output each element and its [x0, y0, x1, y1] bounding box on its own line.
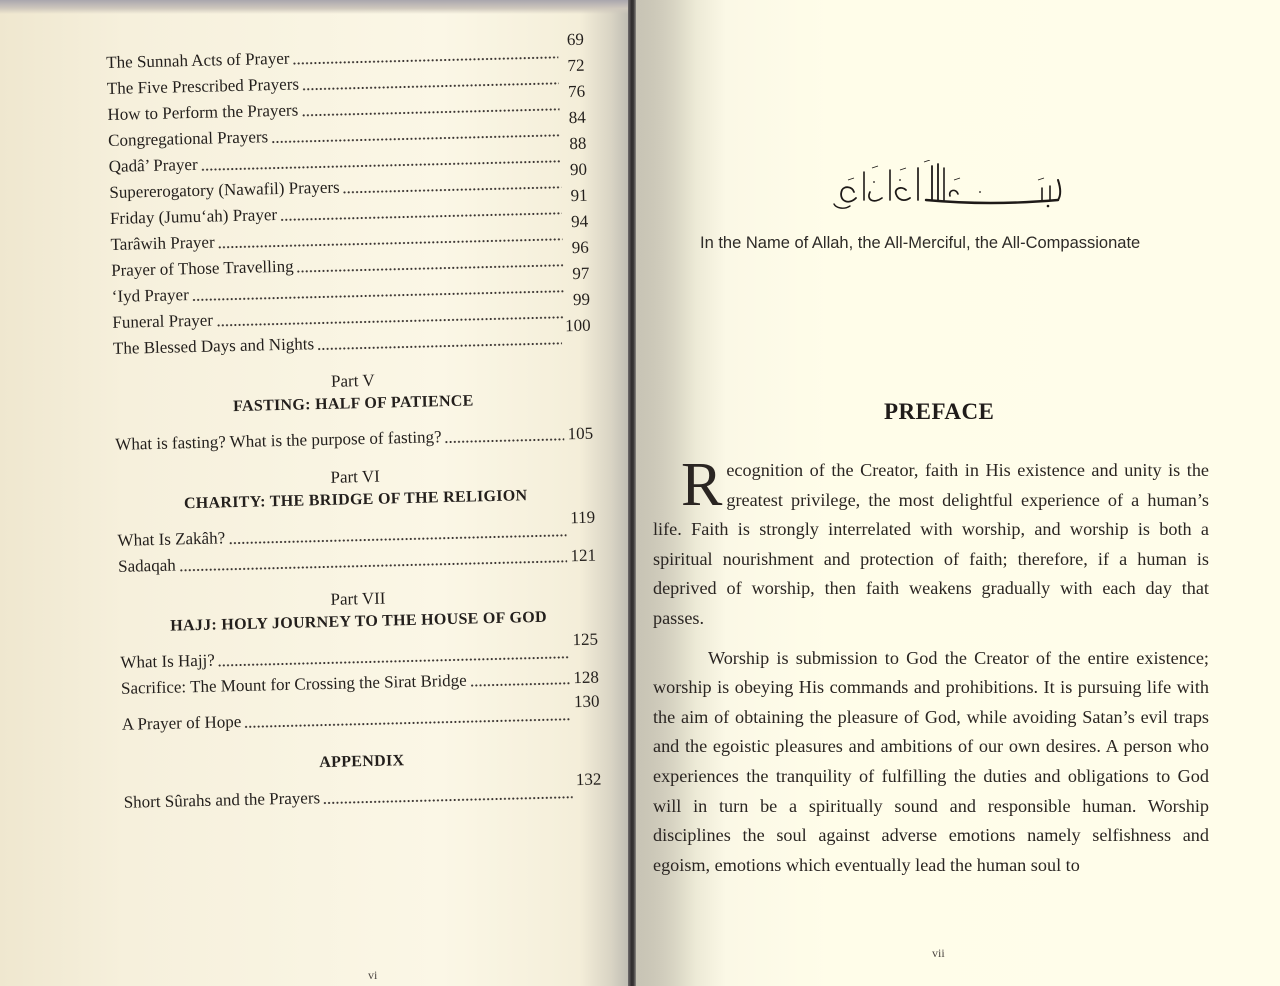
- drop-cap: R: [681, 460, 722, 510]
- toc-entry-page: 94: [562, 209, 589, 236]
- toc-entry-page: 96: [562, 235, 589, 262]
- paragraph-2: Worship is submission to God the Creator…: [653, 644, 1209, 881]
- toc-entry-title: Funeral Prayer: [112, 307, 216, 335]
- toc-entry-page: 88: [560, 131, 587, 158]
- page-number: vi: [368, 968, 377, 983]
- paragraph-1: Recognition of the Creator, faith in His…: [653, 456, 1209, 634]
- dot-leader: [217, 227, 562, 249]
- toc-entry-title: ‘Iyd Prayer: [112, 282, 193, 310]
- preface-body: Recognition of the Creator, faith in His…: [653, 456, 1209, 880]
- page-number: vii: [932, 946, 945, 961]
- toc-entry-title: Friday (Jumu‘ah) Prayer: [110, 202, 281, 232]
- dot-leader: [342, 175, 561, 194]
- toc-entry-page: 69: [558, 27, 585, 54]
- toc-entry-page: 105: [563, 421, 593, 448]
- dot-leader: [296, 253, 563, 273]
- book-spine: [628, 0, 636, 986]
- toc-entry-page: 76: [559, 79, 586, 106]
- toc-entry-page: 90: [561, 157, 588, 184]
- toc-entry-title: Supererogatory (Nawafil) Prayers: [109, 174, 343, 205]
- toc-entry-page: 132: [572, 767, 602, 794]
- toc-entry: What is fasting? What is the purpose of …: [115, 421, 593, 458]
- toc-entry-title: Qadâ’ Prayer: [108, 152, 200, 180]
- page-top-edge: [0, 0, 630, 14]
- toc-entry-title: What Is Hajj?: [120, 648, 218, 676]
- toc-entry-page: 119: [566, 505, 595, 532]
- toc-entry-title: Prayer of Those Travelling: [111, 254, 297, 284]
- toc-entry-title: Tarâwih Prayer: [110, 229, 218, 258]
- toc-entry-page: 128: [569, 665, 599, 692]
- dot-leader: [301, 97, 560, 117]
- toc-entry-title: What Is Zakâh?: [117, 525, 228, 554]
- toc-entry-page: 121: [566, 543, 596, 570]
- toc-entry: Short Sûrahs and the Prayers 132: [123, 779, 601, 816]
- toc-entry-title: How to Perform the Prayers: [107, 97, 301, 128]
- preface-heading: PREFACE: [884, 399, 994, 425]
- invocation-text: In the Name of Allah, the All-Merciful, …: [700, 234, 1190, 253]
- dot-leader: [228, 523, 567, 545]
- dot-leader: [323, 785, 572, 805]
- dot-leader: [200, 149, 560, 171]
- toc-entry-title: Sadaqah: [118, 552, 179, 579]
- basmala-calligraphy-icon: [830, 160, 1070, 210]
- dot-leader: [192, 279, 564, 302]
- dot-leader: [292, 45, 558, 65]
- toc-entry-title: Congregational Prayers: [108, 124, 272, 154]
- dot-leader: [470, 671, 570, 687]
- dot-leader: [244, 707, 570, 729]
- paragraph-1-rest: a human’s life. Faith is strongly interr…: [653, 490, 1209, 628]
- toc-entry-page: 97: [563, 261, 590, 288]
- dot-leader: [216, 305, 565, 327]
- toc-entry-title: A Prayer of Hope: [122, 709, 245, 738]
- dot-leader: [179, 549, 567, 572]
- dot-leader: [444, 427, 563, 444]
- toc-entry-title: What is fasting? What is the purpose of …: [115, 424, 445, 458]
- toc-entry-page: 91: [561, 183, 588, 210]
- toc-entry-page: 72: [558, 53, 585, 80]
- dot-leader: [302, 71, 559, 91]
- dot-leader: [280, 201, 562, 222]
- dot-leader: [218, 645, 569, 667]
- toc-entry-title: Short Sûrahs and the Prayers: [123, 785, 323, 816]
- toc-entry-page: 125: [568, 627, 598, 654]
- dot-leader: [317, 331, 562, 351]
- table-of-contents: The Sunnah Acts of Prayer 69 The Five Pr…: [106, 39, 602, 816]
- toc-entry-page: 99: [564, 287, 591, 314]
- toc-entry-title: The Blessed Days and Nights: [113, 331, 318, 362]
- toc-entry-page: 100: [561, 313, 591, 340]
- toc-entry-page: 130: [570, 689, 600, 716]
- toc-entry-page: 84: [559, 105, 586, 132]
- left-page: The Sunnah Acts of Prayer 69 The Five Pr…: [0, 0, 630, 986]
- dot-leader: [271, 123, 560, 144]
